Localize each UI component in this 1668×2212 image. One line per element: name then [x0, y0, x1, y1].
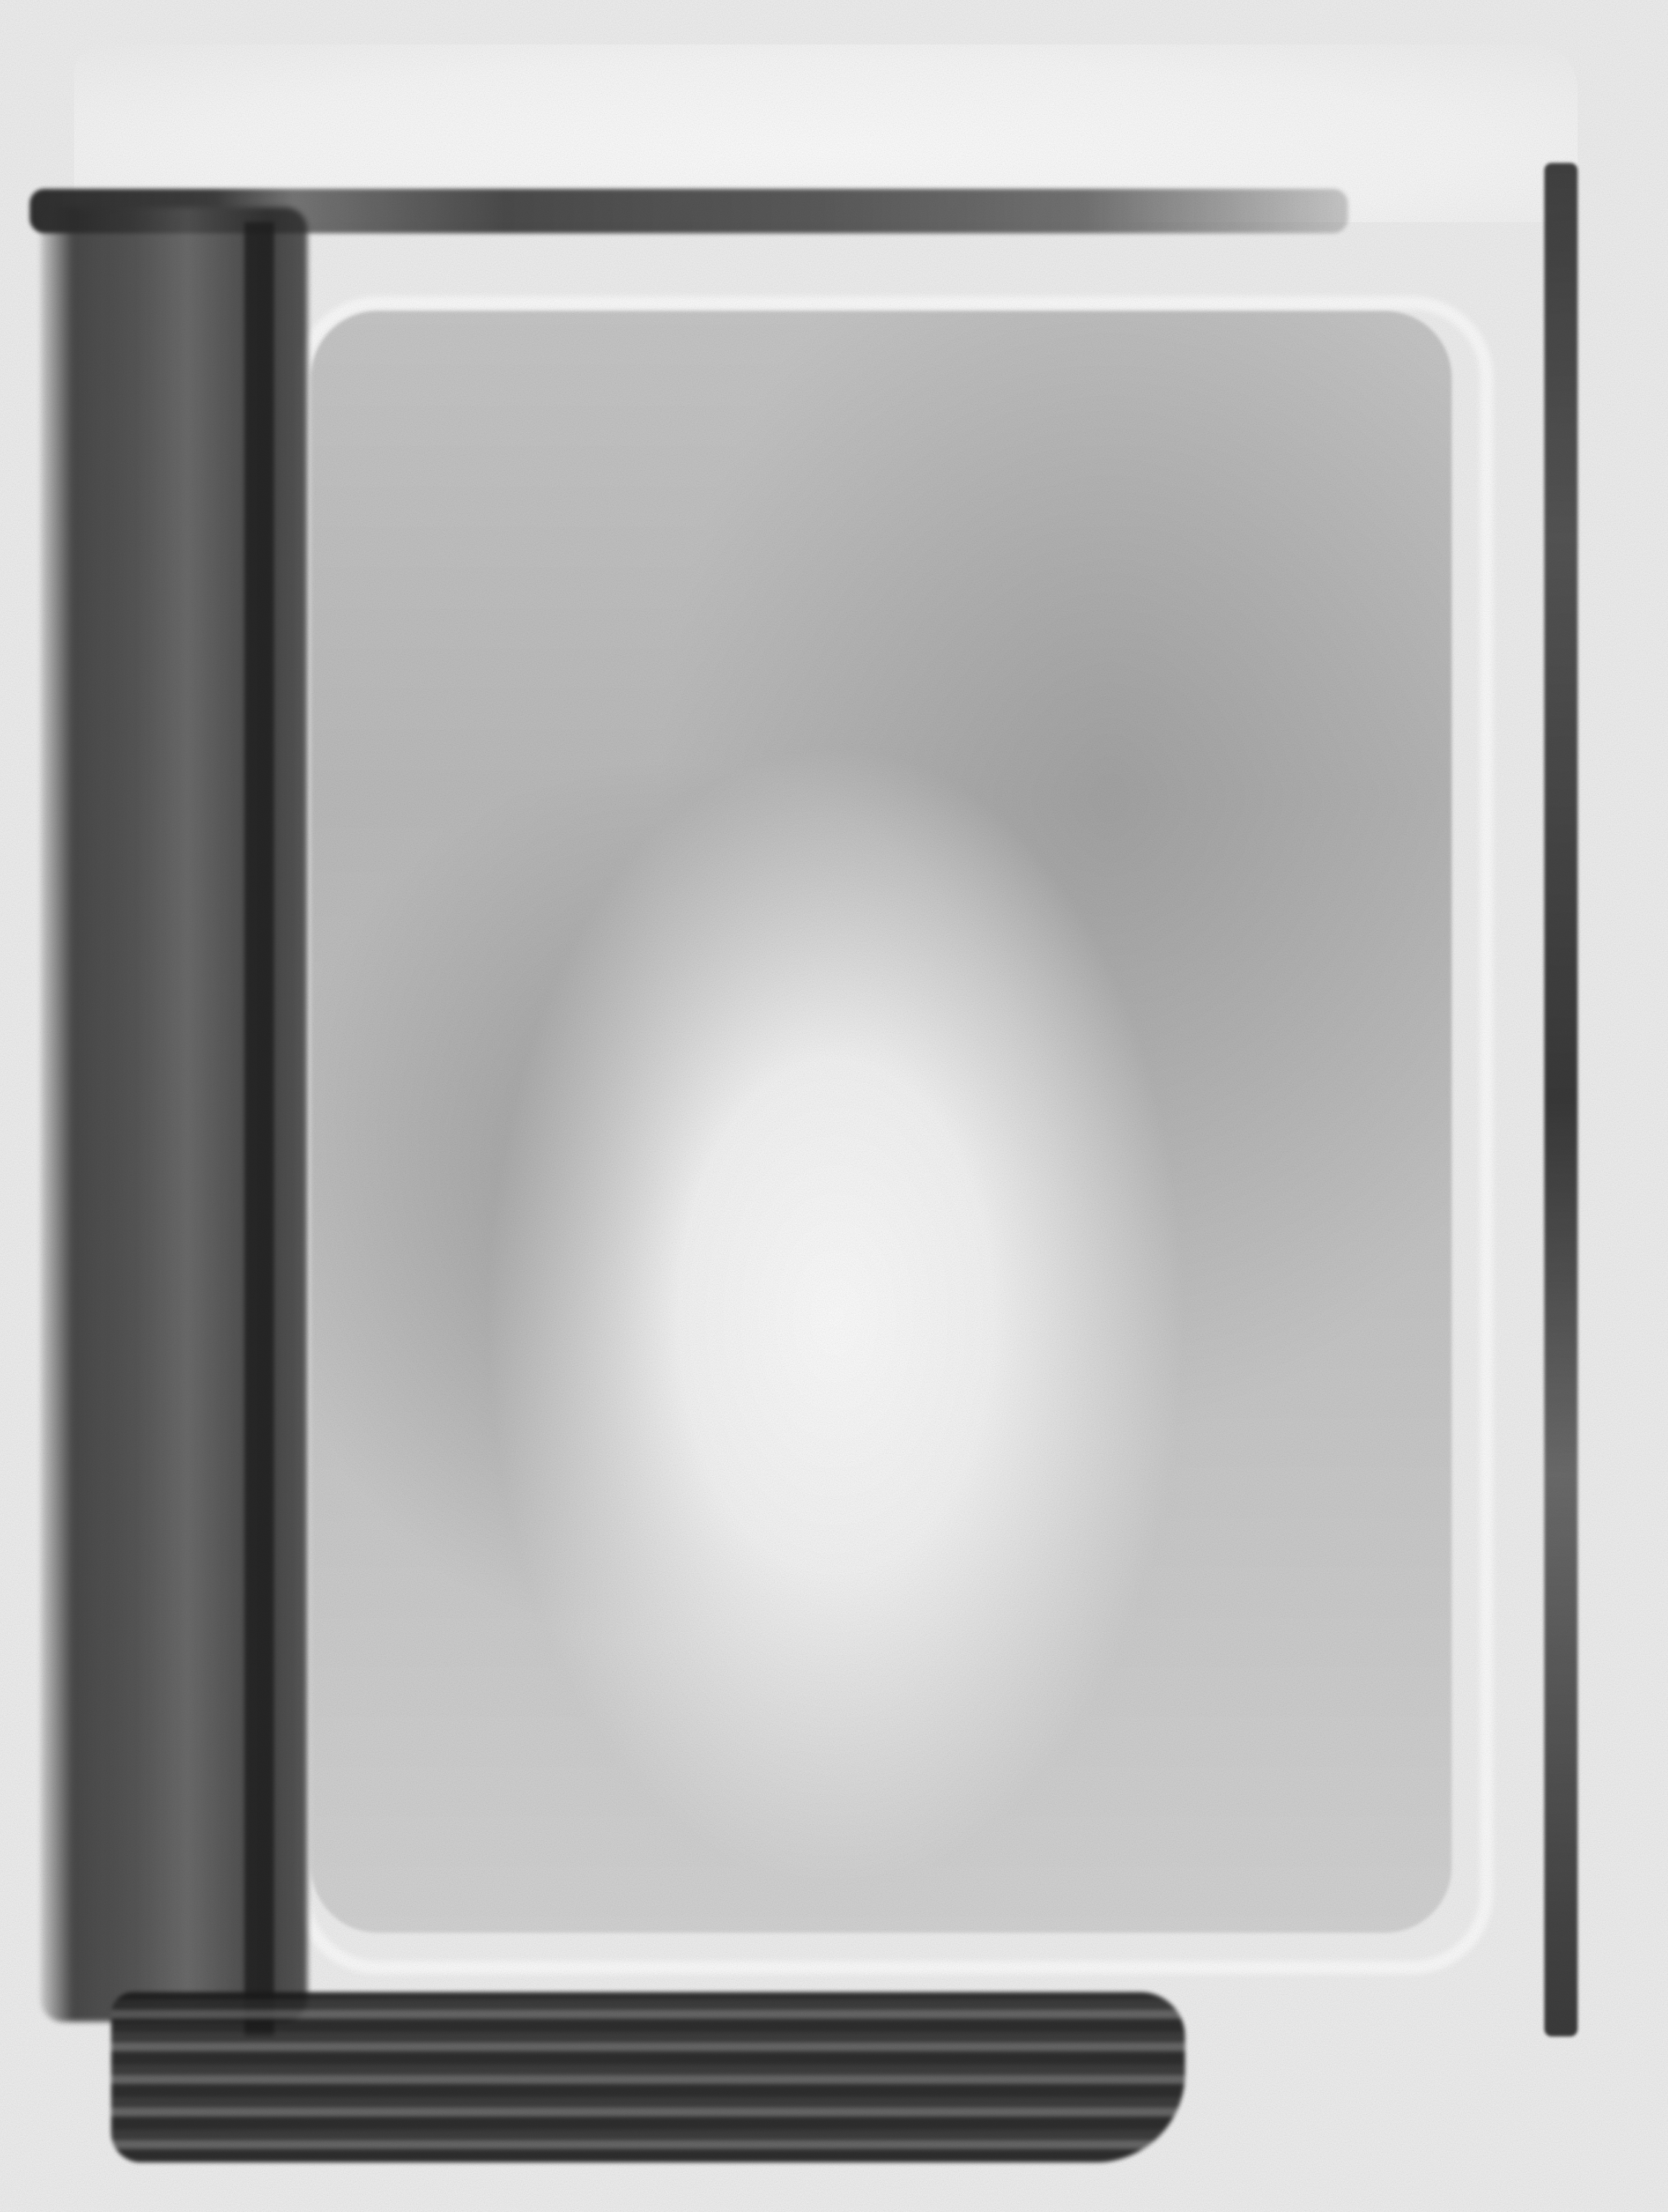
- canvas-texture-noise: [0, 0, 1668, 2212]
- artwork-canvas: [0, 0, 1668, 2212]
